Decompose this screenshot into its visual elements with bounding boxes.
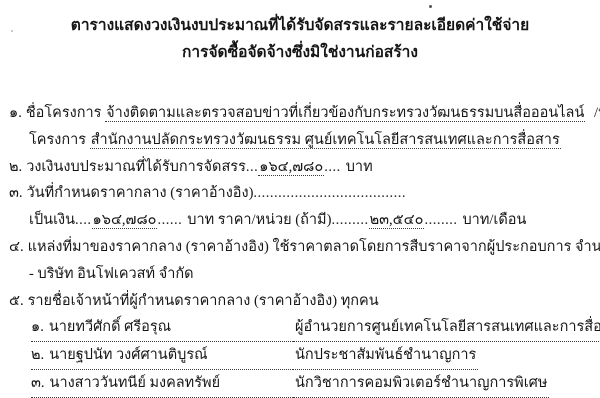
officer-row: ๑. นายทวีศักดิ์ ศรีอรุณ ผู้อำนวยการศูนย์… xyxy=(31,314,594,342)
item-1-line2-label: โครงการ xyxy=(29,132,86,148)
budget-amount-field: ๑๖๔,๗๘๐ xyxy=(258,159,324,176)
officers-list: ๑. นายทวีศักดิ์ ศรีอรุณ ผู้อำนวยการศูนย์… xyxy=(31,314,594,397)
item-3-mid-label: บาท ราคา/หน่วย (ถ้ามี) xyxy=(187,212,331,228)
officer-number: ๒. xyxy=(31,342,44,369)
item-4-number: ๔. xyxy=(9,239,24,255)
item-1-line-2: โครงการ สำนักงานปลัดกระทรวงวัฒนธรรม ศูนย… xyxy=(29,127,594,154)
officer-name-field: ๑. นายทวีศักดิ์ ศรีอรุณ xyxy=(31,314,293,342)
item-3-line-2: เป็นเงิน....๑๖๔,๗๘๐......บาท ราคา/หน่วย … xyxy=(29,207,594,234)
item-1-number: ๑. xyxy=(9,105,22,121)
item-3-label: วันที่กำหนดราคากลาง (ราคาอ้างอิง) xyxy=(27,185,254,201)
item-1-line-1: ๑.ชื่อโครงการ จ้างติดตามและตรวจสอบข่าวที… xyxy=(9,100,594,127)
item-4-label: แหล่งที่มาของราคากลาง (ราคาอ้างอิง) ใช้ร… xyxy=(28,239,600,255)
scan-artifact-dot xyxy=(11,30,13,32)
officer-number: ๓. xyxy=(31,370,45,397)
item-2-number: ๒. xyxy=(9,159,22,175)
item-5-label: รายชื่อเจ้าหน้าที่ผู้กำหนดราคากลาง (ราคา… xyxy=(28,293,379,309)
officer-name-field: ๒. นายฐปนัท วงศ์ศานติบูรณ์ xyxy=(31,342,293,370)
item-3-unit: บาท/เดือน xyxy=(462,212,526,228)
officer-position: ผู้อำนวยการศูนย์เทคโนโลยีสารสนเทศและการส… xyxy=(293,314,600,342)
leader-dots: .... xyxy=(75,212,92,228)
item-4-vendor-line: - บริษัท อินโฟเควสท์ จำกัด xyxy=(29,261,594,288)
item-5-number: ๕. xyxy=(9,293,24,309)
officer-name: นายฐปนัท วงศ์ศานติบูรณ์ xyxy=(49,342,207,369)
officer-row: ๒. นายฐปนัท วงศ์ศานติบูรณ์ นักประชาสัมพั… xyxy=(31,342,594,370)
vendor-name: - บริษัท อินโฟเควสท์ จำกัด xyxy=(29,266,194,282)
officer-name: นายทวีศักดิ์ ศรีอรุณ xyxy=(49,314,171,341)
leader-dots: ...... xyxy=(157,212,182,228)
officer-position: นักประชาสัมพันธ์ชำนาญการ xyxy=(293,342,478,370)
owner-agency-field: สำนักงานปลัดกระทรวงวัฒนธรรม ศูนย์เทคโนโล… xyxy=(90,132,561,149)
document-body: ๑.ชื่อโครงการ จ้างติดตามและตรวจสอบข่าวที… xyxy=(0,100,600,398)
leader-dots: ........ xyxy=(424,212,457,228)
officer-name-field: ๓. นางสาววันทนีย์ มงคลทรัพย์ xyxy=(31,370,293,398)
item-1-suffix: /หน่วยงานเจ้าของ xyxy=(594,105,600,121)
item-2-line: ๒.วงเงินงบประมาณที่ได้รับการจัดสรร...๑๖๔… xyxy=(9,154,594,181)
item-4-line-1: ๔.แหล่งที่มาของราคากลาง (ราคาอ้างอิง) ใช… xyxy=(9,234,594,261)
officer-name: นางสาววันทนีย์ มงคลทรัพย์ xyxy=(50,370,221,397)
officer-number: ๑. xyxy=(31,314,44,341)
item-2-label: วงเงินงบประมาณที่ได้รับการจัดสรร xyxy=(26,159,246,175)
unit-price-field: ๒๓,๕๔๐ xyxy=(369,212,425,229)
total-amount-field: ๑๖๔,๗๘๐ xyxy=(92,212,158,229)
item-3-line2-label: เป็นเงิน xyxy=(29,212,75,228)
leader-dots: ... xyxy=(246,159,258,175)
item-5-line: ๕.รายชื่อเจ้าหน้าที่ผู้กำหนดราคากลาง (รา… xyxy=(9,288,594,315)
scan-artifact-dot xyxy=(429,5,432,8)
document-page: ตารางแสดงวงเงินงบประมาณที่ได้รับจัดสรรแล… xyxy=(0,0,600,398)
project-name-field: จ้างติดตามและตรวจสอบข่าวที่เกี่ยวข้องกับ… xyxy=(105,105,585,122)
document-title-line2: การจัดซื้อจัดจ้างซึ่งมิใช่งานก่อสร้าง xyxy=(0,39,600,66)
officer-position: นักวิชาการคอมพิวเตอร์ชำนาญการพิเศษ xyxy=(293,370,549,398)
item-3-line-1: ๓.วันที่กำหนดราคากลาง (ราคาอ้างอิง).....… xyxy=(9,180,594,207)
officer-row: ๓. นางสาววันทนีย์ มงคลทรัพย์ นักวิชาการค… xyxy=(31,370,594,398)
leader-dots: .... xyxy=(324,159,341,175)
item-2-unit: บาท xyxy=(346,159,373,175)
leader-dots: ......... xyxy=(331,212,368,228)
document-title: ตารางแสดงวงเงินงบประมาณที่ได้รับจัดสรรแล… xyxy=(0,0,600,66)
item-3-number: ๓. xyxy=(9,185,23,201)
item-1-label: ชื่อโครงการ xyxy=(26,105,102,121)
reference-date-field: ..................................... xyxy=(253,185,406,201)
document-title-line1: ตารางแสดงวงเงินงบประมาณที่ได้รับจัดสรรแล… xyxy=(0,12,600,39)
